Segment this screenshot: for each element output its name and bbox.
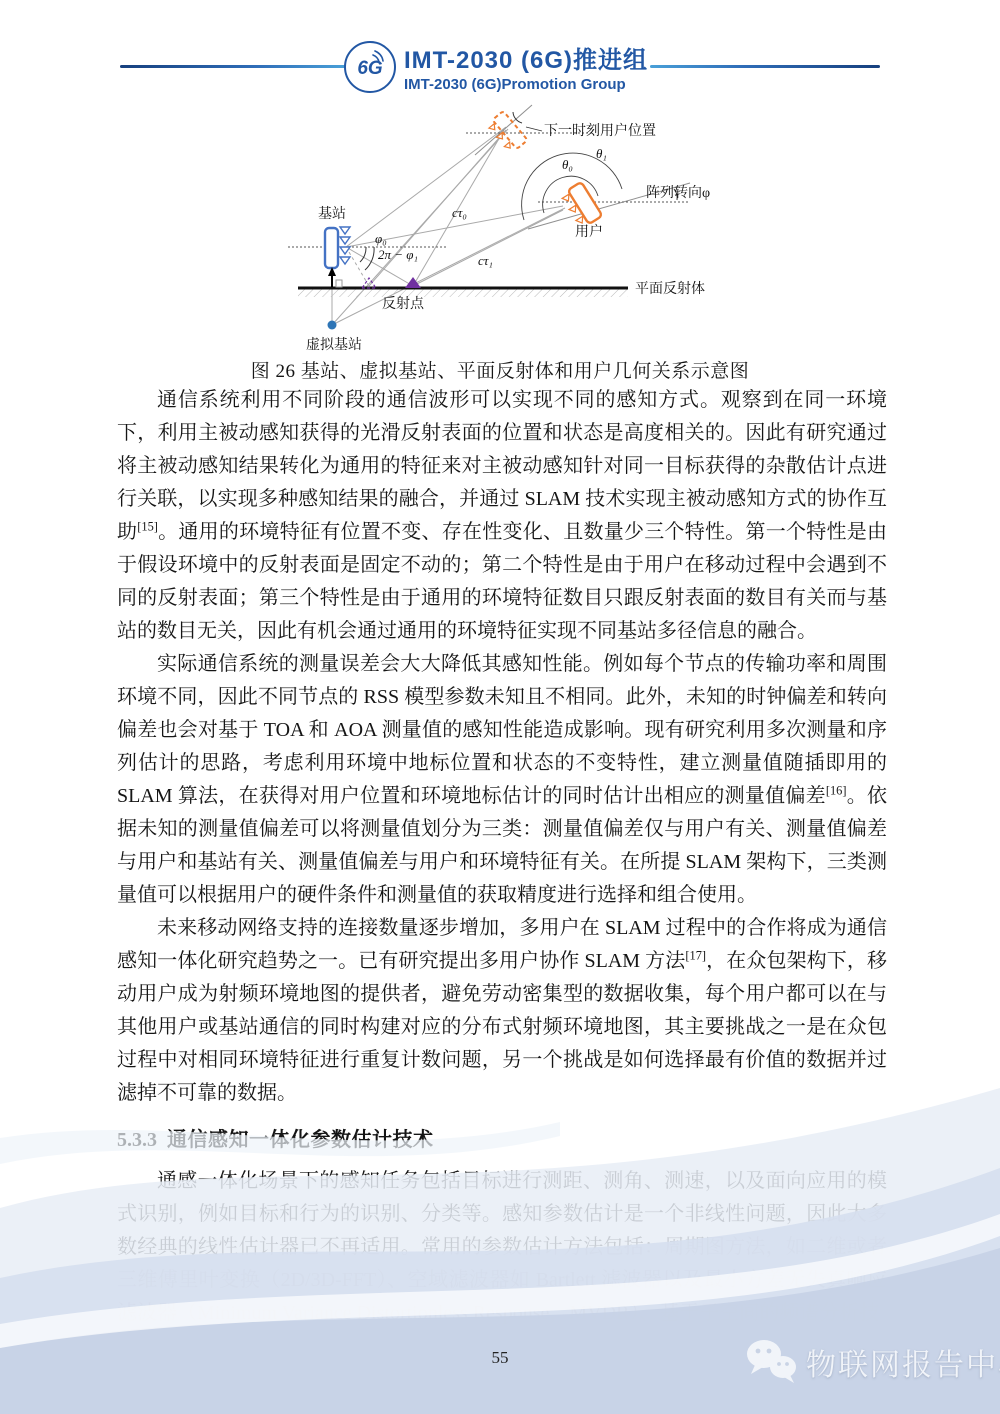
user-box [560,182,602,229]
reflection-point-label: 反射点 [382,295,425,312]
right-angle-mark [336,280,342,287]
phi1-expression-label: 2π − φ₁ [378,247,418,262]
section-heading-5-3-3: 5.3.3通信感知一体化参数估计技术 [117,1124,887,1157]
c-tau0-label: cτ₀ [452,205,467,220]
org-title-en: IMT-2030 (6G)Promotion Group [404,76,648,93]
wechat-icon [742,1336,800,1388]
paragraph-1: 通信系统利用不同阶段的通信波形可以实现不同的感知方式。观察到在同一环境下，利用主… [117,384,887,648]
theta0-label: θ₀ [562,157,573,172]
array-steering-label: 阵列转向φ [646,185,710,201]
section-title: 通信感知一体化参数估计技术 [167,1129,434,1151]
logo-text: 6G [346,58,394,80]
header-titles: IMT-2030 (6G)推进组 IMT-2030 (6G)Promotion … [404,40,648,93]
watermark: 物联网报告中心 [742,1336,1000,1388]
plane-reflector-label: 平面反射体 [635,280,705,297]
theta1-label: θ₁ [596,146,607,161]
bs-angle-arcs [360,247,374,270]
org-title-cn: IMT-2030 (6G)推进组 [404,40,648,75]
reflector-hatching [298,289,628,297]
paragraph-4: 通感一体化场景下的感知任务包括目标进行测距、测角、测速，以及面向应用的模式识别，… [117,1165,887,1330]
phi0-label: φ₀ [375,231,387,246]
base-station-box [325,228,338,268]
c-tau1-label: cτ₁ [478,253,493,268]
virtual-base-station-label: 虚拟基站 [306,336,362,353]
header-rule-left [120,65,346,68]
document-page: 6G IMT-2030 (6G)推进组 IMT-2030 (6G)Promoti… [0,0,1000,1414]
user-label: 用户 [575,224,603,240]
body-text-column: 通信系统利用不同阶段的通信波形可以实现不同的感知方式。观察到在同一环境下，利用主… [117,384,887,1330]
header-rule-right [650,65,880,68]
figure-26-geometry-diagram: 平面反射体 基站 φ₀ 2π − φ₁ cτ₀ cτ₁ 下一时刻用户位置 [270,103,730,358]
watermark-text: 物联网报告中心 [806,1340,1000,1384]
paragraph-3: 未来移动网络支持的连接数量逐步增加，多用户在 SLAM 过程中的合作将成为通信感… [117,912,887,1110]
figure-caption: 图 26 基站、虚拟基站、平面反射体和用户几何关系示意图 [0,356,1000,383]
base-station-label: 基站 [318,205,346,222]
section-number: 5.3.3 [117,1129,157,1151]
6g-logo-icon: 6G [344,41,396,93]
next-user-label: 下一时刻用户位置 [544,123,656,139]
virtual-base-station-dot [328,321,337,330]
next-user-pointer-line [526,127,542,131]
paragraph-2: 实际通信系统的测量误差会大大降低其感知性能。例如每个节点的传输功率和周围环境不同… [117,648,887,912]
